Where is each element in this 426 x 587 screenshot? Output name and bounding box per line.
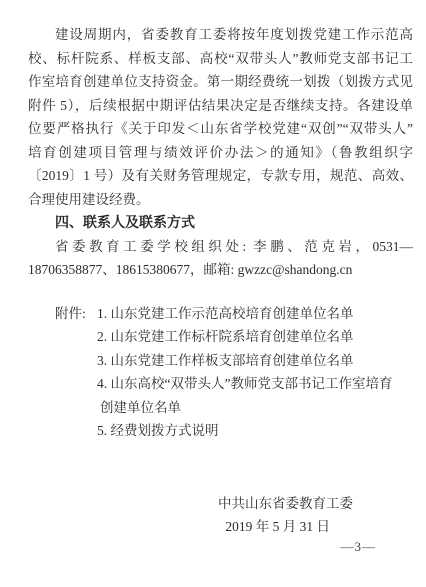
contact-line-1: 省委教育工委学校组织处: 李鹏、范克岩，0531—51771912、 — [28, 235, 413, 259]
official-document-page: 建设周期内，省委教育工委将按年度划拨党建工作示范高 校、标杆院系、样板支部、高校… — [0, 0, 426, 587]
paragraph-line-2: 校、标杆院系、样板支部、高校“双带头人”教师党支部书记工 — [28, 47, 413, 71]
attachments-list: 附件:1. 山东党建工作示范高校培育创建单位名单 2. 山东党建工作标杆院系培育… — [28, 302, 413, 443]
section-heading-contacts: 四、联系人及联系方式 — [28, 211, 413, 235]
document-body: 建设周期内，省委教育工委将按年度划拨党建工作示范高 校、标杆院系、样板支部、高校… — [28, 23, 413, 539]
contact-line-2: 18706358877、18615380677，邮箱: gwzzc@shando… — [28, 258, 413, 282]
paragraph-line-1: 建设周期内，省委教育工委将按年度划拨党建工作示范高 — [28, 23, 413, 47]
page-number: —3— — [341, 540, 377, 554]
attachment-item-1: 附件:1. 山东党建工作示范高校培育创建单位名单 — [28, 302, 413, 326]
attachment-item-5: 5. 经费划拨方式说明 — [97, 419, 413, 443]
signature-organization: 中共山东省委教育工委 — [28, 492, 413, 516]
attachments-label: 附件: — [55, 302, 97, 326]
paragraph-line-4: 附件 5），后续根据中期评估结果决定是否继续支持。各建设单 — [28, 94, 413, 118]
signature-date: 2019 年 5 月 31 日 — [28, 515, 413, 539]
paragraph-line-7: 〔2019〕1 号）及有关财务管理规定，专款专用，规范、高效、 — [28, 164, 413, 188]
attachment-item-4: 4. 山东高校“双带头人”教师党支部书记工作室培育 — [97, 372, 413, 396]
paragraph-line-5: 位要严格执行《关于印发＜山东省学校党建“双创”“双带头人” — [28, 117, 413, 141]
attachment-item-1-text: 1. 山东党建工作示范高校培育创建单位名单 — [97, 306, 354, 321]
paragraph-line-3: 作室培育创建单位支持资金。第一期经费统一划拨（划拨方式见 — [28, 70, 413, 94]
attachment-item-3: 3. 山东党建工作样板支部培育创建单位名单 — [97, 349, 413, 373]
paragraph-line-6: 培育创建项目管理与绩效评价办法＞的通知》（鲁教组织字 — [28, 141, 413, 165]
attachment-item-2: 2. 山东党建工作标杆院系培育创建单位名单 — [97, 325, 413, 349]
paragraph-line-8: 合理使用建设经费。 — [28, 188, 413, 212]
signature-block: 中共山东省委教育工委 2019 年 5 月 31 日 — [28, 492, 413, 539]
attachment-item-4-continued: 创建单位名单 — [100, 396, 413, 420]
